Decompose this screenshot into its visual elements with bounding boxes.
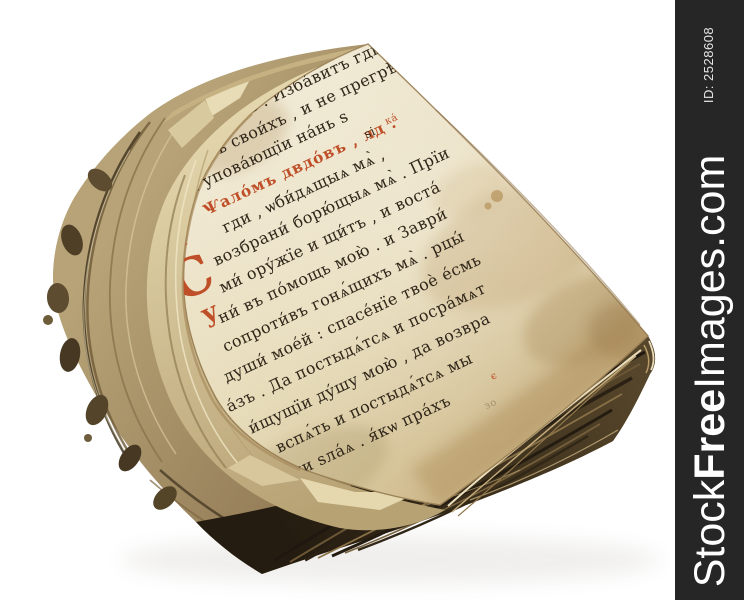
book-photo: ка ∙ є люта̀ , и ненави́дѧщїи пра́веднаг… <box>0 0 675 600</box>
brand-free: Free <box>686 389 734 480</box>
book-shadow <box>120 536 660 584</box>
brand-domain: Images.com <box>686 155 734 389</box>
stock-photo-preview: ка ∙ є люта̀ , и ненави́дѧщїи пра́веднаг… <box>0 0 744 600</box>
brand-watermark: StockFreeImages.com <box>687 146 733 596</box>
watermark-sidebar: ID: 2528608 StockFreeImages.com <box>675 0 744 600</box>
image-id-label: ID: 2528608 <box>701 13 717 117</box>
photo-area: ка ∙ є люта̀ , и ненави́дѧщїи пра́веднаг… <box>0 0 675 600</box>
brand-stock: Stock <box>686 480 734 588</box>
manuscript-line-end-mark: ка <box>406 20 423 36</box>
